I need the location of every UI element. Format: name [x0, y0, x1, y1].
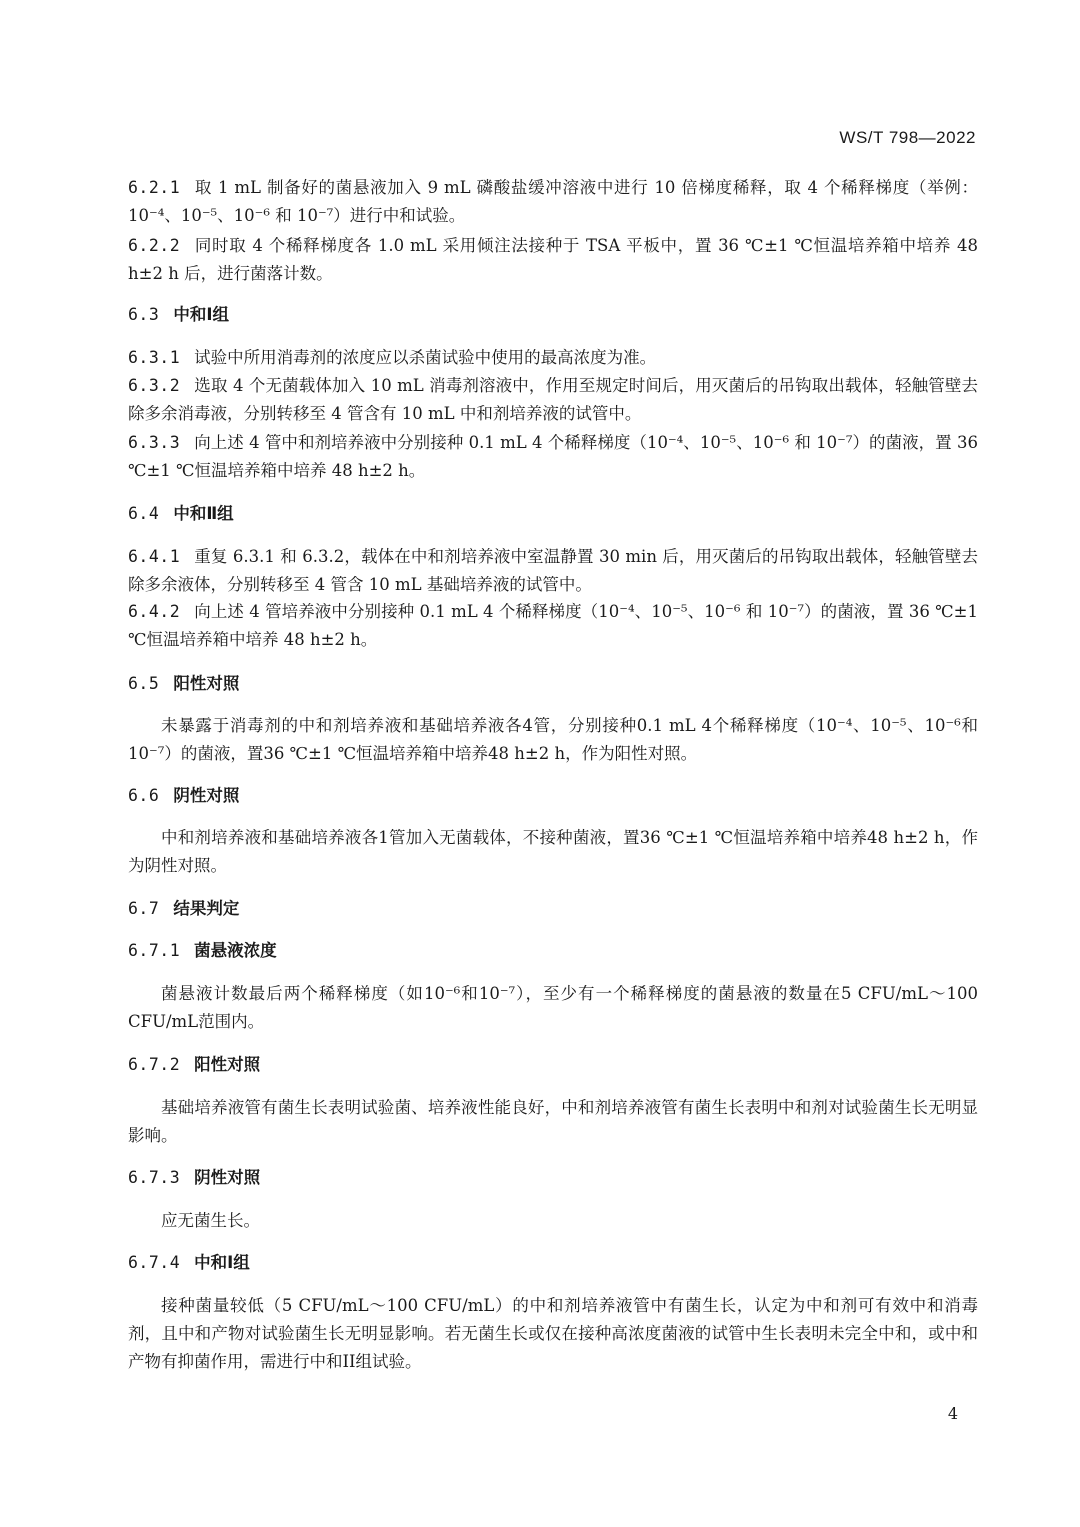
section-number: 6.7	[128, 899, 159, 918]
section-number: 6.4	[128, 504, 159, 523]
paragraph-6-5: 未暴露于消毒剂的中和剂培养液和基础培养液各4管，分别接种0.1 mL 4个稀释梯…	[128, 712, 978, 768]
clause-6-2-1: 6.2.1取 1 mL 制备好的菌悬液加入 9 mL 磷酸盐缓冲溶液中进行 10…	[128, 174, 978, 230]
page-number: 4	[948, 1404, 958, 1423]
heading-6-7-1: 6.7.1菌悬液浓度	[128, 937, 277, 965]
clause-6-2-2: 6.2.2同时取 4 个稀释梯度各 1.0 mL 采用倾注法接种于 TSA 平板…	[128, 232, 978, 288]
document-page: WS/T 798—2022 6.2.1取 1 mL 制备好的菌悬液加入 9 mL…	[0, 0, 1080, 1527]
clause-number: 6.3.3	[128, 433, 180, 452]
clause-6-4-1: 6.4.1重复 6.3.1 和 6.3.2，载体在中和剂培养液中室温静置 30 …	[128, 543, 978, 599]
section-title: 阴性对照	[194, 1168, 260, 1187]
section-title: 阳性对照	[173, 674, 239, 693]
clause-number: 6.2.2	[128, 236, 180, 255]
heading-6-3: 6.3中和Ⅰ组	[128, 301, 229, 329]
section-number: 6.7.1	[128, 941, 180, 960]
clause-number: 6.3.1	[128, 348, 180, 367]
paragraph-6-7-2: 基础培养液管有菌生长表明试验菌、培养液性能良好，中和剂培养液管有菌生长表明中和剂…	[128, 1094, 978, 1150]
section-number: 6.3	[128, 305, 159, 324]
clause-6-3-3: 6.3.3向上述 4 管中和剂培养液中分别接种 0.1 mL 4 个稀释梯度（1…	[128, 429, 978, 485]
section-title: 结果判定	[173, 899, 239, 918]
section-number: 6.7.4	[128, 1253, 180, 1272]
heading-6-4: 6.4中和Ⅱ组	[128, 500, 234, 528]
clause-number: 6.2.1	[128, 178, 180, 197]
clause-text: 取 1 mL 制备好的菌悬液加入 9 mL 磷酸盐缓冲溶液中进行 10 倍梯度稀…	[128, 178, 978, 225]
paragraph-6-6: 中和剂培养液和基础培养液各1管加入无菌载体，不接种菌液，置36 ℃±1 ℃恒温培…	[128, 824, 978, 880]
clause-6-3-2: 6.3.2选取 4 个无菌载体加入 10 mL 消毒剂溶液中，作用至规定时间后，…	[128, 372, 978, 428]
clause-text: 重复 6.3.1 和 6.3.2，载体在中和剂培养液中室温静置 30 min 后…	[128, 547, 978, 594]
section-number: 6.7.2	[128, 1055, 180, 1074]
section-number: 6.7.3	[128, 1168, 180, 1187]
heading-6-5: 6.5阳性对照	[128, 670, 239, 698]
clause-6-4-2: 6.4.2向上述 4 管培养液中分别接种 0.1 mL 4 个稀释梯度（10⁻⁴…	[128, 598, 978, 654]
clause-number: 6.4.1	[128, 547, 180, 566]
heading-6-7: 6.7结果判定	[128, 895, 239, 923]
clause-number: 6.4.2	[128, 602, 180, 621]
section-number: 6.6	[128, 786, 159, 805]
section-title: 阳性对照	[194, 1055, 260, 1074]
section-title: 中和Ⅰ组	[173, 305, 229, 324]
clause-text: 同时取 4 个稀释梯度各 1.0 mL 采用倾注法接种于 TSA 平板中，置 3…	[128, 236, 978, 283]
clause-text: 向上述 4 管培养液中分别接种 0.1 mL 4 个稀释梯度（10⁻⁴、10⁻⁵…	[128, 602, 978, 649]
paragraph-6-7-3: 应无菌生长。	[128, 1207, 978, 1235]
clause-text: 选取 4 个无菌载体加入 10 mL 消毒剂溶液中，作用至规定时间后，用灭菌后的…	[128, 376, 978, 423]
paragraph-6-7-4: 接种菌量较低（5 CFU/mL～100 CFU/mL）的中和剂培养液管中有菌生长…	[128, 1292, 978, 1376]
section-title: 阴性对照	[173, 786, 239, 805]
heading-6-6: 6.6阴性对照	[128, 782, 239, 810]
clause-6-3-1: 6.3.1试验中所用消毒剂的浓度应以杀菌试验中使用的最高浓度为准。	[128, 344, 978, 372]
heading-6-7-3: 6.7.3阴性对照	[128, 1164, 260, 1192]
standard-code: WS/T 798—2022	[839, 128, 976, 148]
heading-6-7-2: 6.7.2阳性对照	[128, 1051, 260, 1079]
section-title: 中和Ⅱ组	[173, 504, 233, 523]
clause-text: 试验中所用消毒剂的浓度应以杀菌试验中使用的最高浓度为准。	[194, 348, 656, 367]
section-number: 6.5	[128, 674, 159, 693]
section-title: 中和Ⅰ组	[194, 1253, 250, 1272]
clause-number: 6.3.2	[128, 376, 180, 395]
clause-text: 向上述 4 管中和剂培养液中分别接种 0.1 mL 4 个稀释梯度（10⁻⁴、1…	[128, 433, 978, 480]
section-title: 菌悬液浓度	[194, 941, 277, 960]
paragraph-6-7-1: 菌悬液计数最后两个稀释梯度（如10⁻⁶和10⁻⁷），至少有一个稀释梯度的菌悬液的…	[128, 980, 978, 1036]
heading-6-7-4: 6.7.4中和Ⅰ组	[128, 1249, 250, 1277]
